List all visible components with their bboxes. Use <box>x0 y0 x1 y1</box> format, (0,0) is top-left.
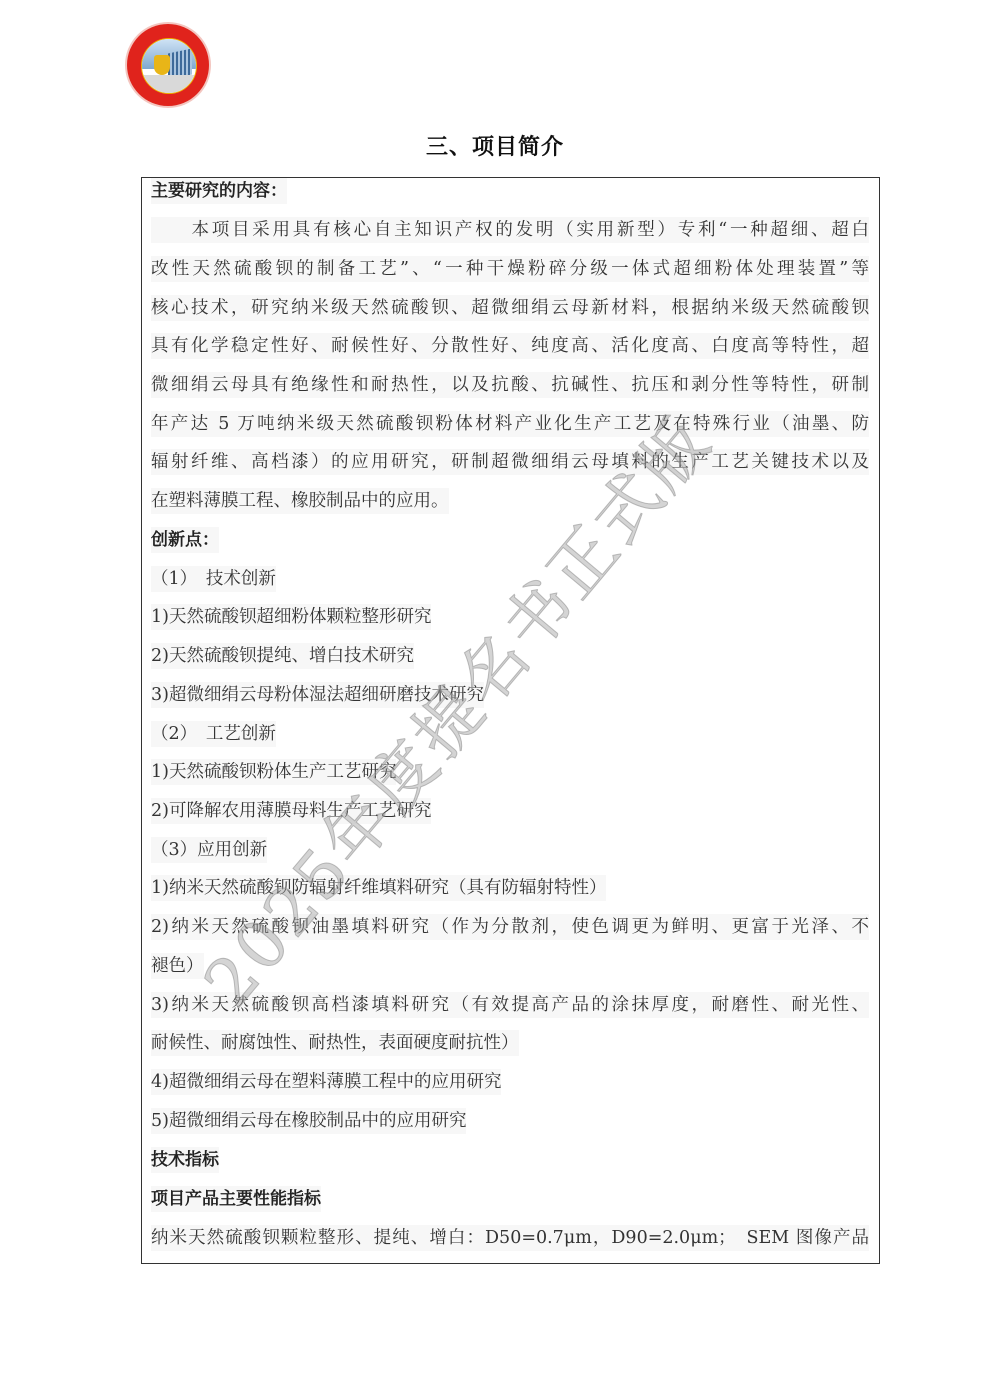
innovation-item: 5)超微细绢云母在橡胶制品中的应用研究 <box>151 1108 466 1134</box>
innovation-item: 3)超微细绢云母粉体湿法超细研磨技术研究 <box>151 682 484 708</box>
tech-indicators-heading: 技术指标 <box>151 1147 219 1173</box>
innovation-item: 3)纳米天然硫酸钡高档漆填料研究（有效提高产品的涂抹厚度，耐磨性、耐光性、 <box>151 992 869 1018</box>
research-paragraph-line: 具有化学稳定性好、耐候性好、分散性好、纯度高、活化度高、白度高等特性，超 <box>151 333 869 359</box>
research-paragraph-line: 改性天然硫酸钡的制备工艺”、“一种干燥粉碎分级一体式超细粉体处理装置”等 <box>151 256 869 282</box>
innovation-item: 1)天然硫酸钡超细粉体颗粒整形研究 <box>151 604 431 630</box>
research-paragraph-line: 辐射纤维、高档漆）的应用研究，研制超微细绢云母填料的生产工艺关键技术以及 <box>151 449 869 475</box>
innovation-section-title: （2） 工艺创新 <box>151 721 276 747</box>
research-paragraph-line: 在塑料薄膜工程、橡胶制品中的应用。 <box>151 488 449 514</box>
innovation-item: 2)天然硫酸钡提纯、增白技术研究 <box>151 643 414 669</box>
innovation-item: 1)天然硫酸钡粉体生产工艺研究 <box>151 759 396 785</box>
performance-indicator-line: 纳米天然硫酸钡颗粒整形、提纯、增白：D50=0.7μm，D90=2.0μm； S… <box>151 1225 869 1251</box>
research-paragraph-line: 核心技术，研究纳米级天然硫酸钡、超微细绢云母新材料，根据纳米级天然硫酸钡 <box>151 295 869 321</box>
innovation-heading: 创新点： <box>151 527 219 553</box>
organization-seal-logo <box>127 24 209 106</box>
seal-emblem <box>141 38 197 94</box>
innovation-item: 4)超微细绢云母在塑料薄膜工程中的应用研究 <box>151 1069 501 1095</box>
innovation-item: 褪色） <box>151 953 204 979</box>
innovation-section-title: （1） 技术创新 <box>151 566 276 592</box>
research-paragraph-line: 本项目采用具有核心自主知识产权的发明（实用新型）专利“一种超细、超白 <box>151 217 869 243</box>
research-paragraph-line: 微细绢云母具有绝缘性和耐热性，以及抗酸、抗碱性、抗压和剥分性等特性，研制 <box>151 372 869 398</box>
innovation-item: 耐候性、耐腐蚀性、耐热性，表面硬度耐抗性） <box>151 1030 519 1056</box>
trophy-icon <box>154 55 170 75</box>
innovation-section-title: （3）应用创新 <box>151 837 267 863</box>
innovation-item: 1)纳米天然硫酸钡防辐射纤维填料研究（具有防辐射特性） <box>151 875 606 901</box>
innovation-item: 2)纳米天然硫酸钡油墨填料研究（作为分散剂，使色调更为鲜明、更富于光泽、不 <box>151 914 869 940</box>
research-paragraph-line: 年产达 5 万吨纳米级天然硫酸钡粉体材料产业化生产工艺及在特殊行业（油墨、防 <box>151 411 869 437</box>
page-title: 三、项目简介 <box>0 130 990 161</box>
innovation-item: 2)可降解农用薄膜母料生产工艺研究 <box>151 798 431 824</box>
performance-indicators-heading: 项目产品主要性能指标 <box>151 1186 321 1212</box>
research-heading: 主要研究的内容： <box>151 178 287 204</box>
